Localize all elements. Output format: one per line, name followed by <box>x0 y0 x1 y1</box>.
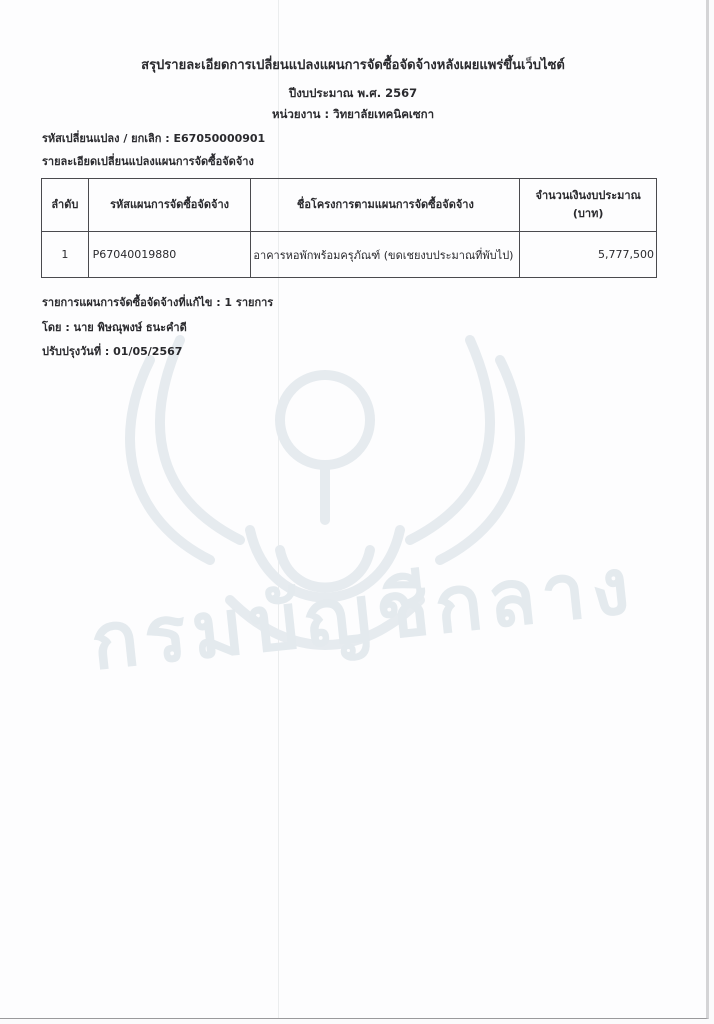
row-project-name: อาคารหอพักพร้อมครุภัณฑ์ (ขดเชยงบประมาณที… <box>251 232 520 278</box>
row-amount: 5,777,500 <box>520 232 657 278</box>
updated-date: ปรับปรุงวันที่ : 01/05/2567 <box>42 342 182 360</box>
table-header-row: ลำดับ รหัสแผนการจัดซื้อจัดจ้าง ชื่อโครงก… <box>42 179 657 232</box>
page-fold-line <box>278 0 279 1018</box>
document-title: สรุปรายละเอียดการเปลี่ยนแปลงแผนการจัดซื้… <box>0 54 706 75</box>
header-amount-line1: จำนวนเงินงบประมาณ <box>520 187 656 205</box>
document-page: กรมบัญชีกลาง สรุปรายละเอียดการเปลี่ยนแปล… <box>0 0 709 1019</box>
table-row: 1 P67040019880 อาคารหอพักพร้อมครุภัณฑ์ (… <box>42 232 657 278</box>
header-seq: ลำดับ <box>42 179 89 232</box>
row-seq: 1 <box>42 232 89 278</box>
header-amount: จำนวนเงินงบประมาณ (บาท) <box>520 179 657 232</box>
summary-count: รายการแผนการจัดซื้อจัดจ้างที่แก้ไข : 1 ร… <box>42 293 273 311</box>
header-amount-line2: (บาท) <box>520 205 656 223</box>
watermark-text: กรมบัญชีกลาง <box>85 530 575 703</box>
updated-by: โดย : นาย พิษณุพงษ์ ธนะคำดี <box>42 318 187 336</box>
change-code: รหัสเปลี่ยนแปลง / ยกเลิก : E67050000901 <box>42 129 265 147</box>
row-plan-code: P67040019880 <box>88 232 251 278</box>
header-project-name: ชื่อโครงการตามแผนการจัดซื้อจัดจ้าง <box>251 179 520 232</box>
fiscal-year: ปีงบประมาณ พ.ศ. 2567 <box>0 85 706 103</box>
section-heading: รายละเอียดเปลี่ยนแปลงแผนการจัดซื้อจัดจ้า… <box>42 152 254 170</box>
header-plan-code: รหัสแผนการจัดซื้อจัดจ้าง <box>88 179 251 232</box>
agency: หน่วยงาน : วิทยาลัยเทคนิคเซกา <box>0 106 706 124</box>
plan-change-table: ลำดับ รหัสแผนการจัดซื้อจัดจ้าง ชื่อโครงก… <box>41 178 657 278</box>
